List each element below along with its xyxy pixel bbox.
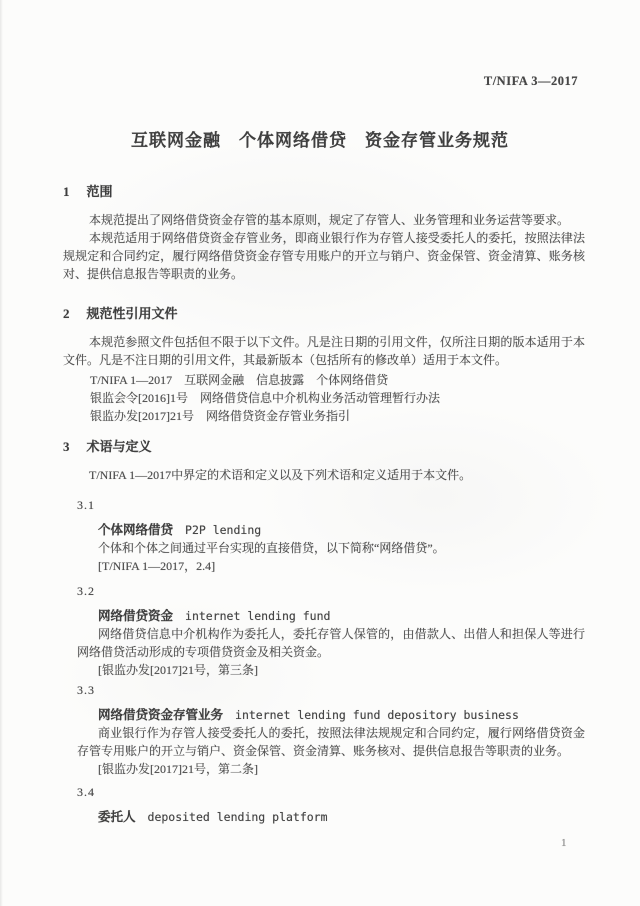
reference-item: T/NIFA 1—2017 互联网金融 信息披露 个体网络借贷 — [63, 371, 585, 389]
section-number: 3 — [63, 439, 70, 454]
term-block-3-3: 3.3 网络借贷资金存管业务internet lending fund depo… — [77, 681, 585, 778]
standard-code: T/NIFA 3—2017 — [484, 74, 578, 89]
page-number: 1 — [561, 837, 567, 849]
paragraph: 本规范适用于网络借贷资金存管业务，即商业银行作为存管人接受委托人的委托，按照法律… — [63, 229, 585, 283]
term-definition: 个体和个体之间通过平台实现的直接借贷，以下简称“网络借贷”。 — [77, 539, 585, 557]
term-definition: 商业银行作为存管人接受委托人的委托，按照法律法规规定和合同约定，履行网络借贷资金… — [77, 724, 585, 760]
section-heading: 2规范性引用文件 — [63, 305, 585, 323]
reference-list: T/NIFA 1—2017 互联网金融 信息披露 个体网络借贷 银监会令[201… — [63, 371, 585, 425]
term-chinese: 个体网络借贷 — [98, 523, 173, 537]
term-title: 网络借贷资金存管业务internet lending fund deposito… — [98, 706, 585, 724]
term-source: [银监办发[2017]21号，第三条] — [98, 661, 585, 679]
section-scope: 1范围 本规范提出了网络借贷资金存管的基本原则，规定了存管人、业务管理和业务运营… — [63, 183, 585, 283]
term-source: [T/NIFA 1—2017，2.4] — [98, 557, 585, 575]
term-english: P2P lending — [185, 523, 261, 537]
section-heading-text: 规范性引用文件 — [87, 306, 178, 321]
paragraph: 本规范参照文件包括但不限于以下文件。凡是注日期的引用文件，仅所注日期的版本适用于… — [63, 333, 585, 369]
paragraph: T/NIFA 1—2017中界定的术语和定义以及下列术语和定义适用于本文件。 — [63, 466, 585, 484]
term-chinese: 网络借贷资金 — [98, 609, 173, 623]
term-title: 个体网络借贷P2P lending — [98, 521, 585, 539]
section-heading: 3术语与定义 — [63, 438, 585, 456]
term-english: deposited lending platform — [148, 810, 328, 824]
document-title: 互联网金融 个体网络借贷 资金存管业务规范 — [0, 126, 640, 151]
term-source: [银监办发[2017]21号，第二条] — [98, 760, 585, 778]
term-chinese: 网络借贷资金存管业务 — [98, 708, 223, 722]
term-chinese: 委托人 — [98, 810, 136, 824]
paragraph: 本规范提出了网络借贷资金存管的基本原则，规定了存管人、业务管理和业务运营等要求。 — [63, 211, 585, 229]
section-heading-text: 范围 — [87, 184, 113, 199]
term-title: 网络借贷资金internet lending fund — [98, 607, 585, 625]
term-block-3-1: 3.1 个体网络借贷P2P lending 个体和个体之间通过平台实现的直接借贷… — [77, 496, 585, 575]
term-number: 3.1 — [77, 496, 585, 514]
term-number: 3.4 — [77, 783, 585, 801]
term-number: 3.2 — [77, 582, 585, 600]
term-english: internet lending fund depository busines… — [235, 708, 519, 722]
section-heading-text: 术语与定义 — [87, 439, 152, 454]
term-block-3-2: 3.2 网络借贷资金internet lending fund 网络借贷信息中介… — [77, 582, 585, 679]
term-title: 委托人deposited lending platform — [98, 808, 585, 826]
section-terms-definitions: 3术语与定义 T/NIFA 1—2017中界定的术语和定义以及下列术语和定义适用… — [63, 438, 585, 484]
section-normative-references: 2规范性引用文件 本规范参照文件包括但不限于以下文件。凡是注日期的引用文件，仅所… — [63, 305, 585, 425]
document-page: T/NIFA 3—2017 互联网金融 个体网络借贷 资金存管业务规范 1范围 … — [0, 0, 640, 906]
section-heading: 1范围 — [63, 183, 585, 201]
reference-item: 银监办发[2017]21号 网络借贷资金存管业务指引 — [63, 407, 585, 425]
term-number: 3.3 — [77, 681, 585, 699]
section-number: 1 — [63, 184, 70, 199]
term-definition: 网络借贷信息中介机构作为委托人，委托存管人保管的，由借款人、出借人和担保人等进行… — [77, 625, 585, 661]
term-block-3-4: 3.4 委托人deposited lending platform — [77, 783, 585, 826]
reference-item: 银监会令[2016]1号 网络借贷信息中介机构业务活动管理暂行办法 — [63, 389, 585, 407]
section-number: 2 — [63, 306, 70, 321]
term-english: internet lending fund — [185, 609, 330, 623]
